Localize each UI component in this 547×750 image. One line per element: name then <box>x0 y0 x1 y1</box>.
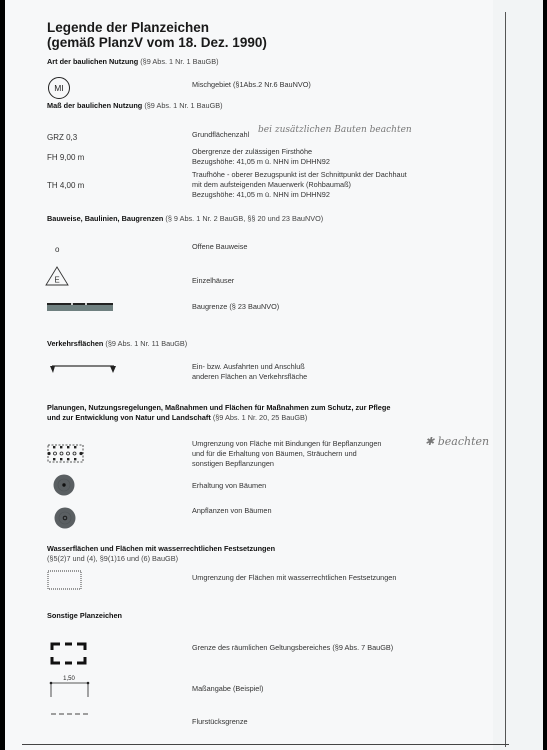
legend-desc-offene-bauweise: Offene Bauweise <box>192 242 247 252</box>
baugrenze-line-icon <box>47 302 117 312</box>
title-line-1: Legende der Planzeichen <box>47 20 267 35</box>
section-heading-art: Art der baulichen Nutzung (§9 Abs. 1 Nr.… <box>47 57 219 67</box>
legend-desc-erhaltung-baeume: Erhaltung von Bäumen <box>192 481 266 491</box>
svg-text:1,50: 1,50 <box>63 676 75 682</box>
dimension-icon: 1,50 <box>48 673 94 699</box>
section-heading-verkehr: Verkehrsflächen (§9 Abs. 1 Nr. 11 BauGB) <box>47 339 187 349</box>
frame-border-bottom <box>22 744 509 745</box>
section-heading-mass: Maß der baulichen Nutzung (§9 Abs. 1 Nr.… <box>47 101 223 111</box>
water-boundary-icon <box>46 569 84 591</box>
section-heading-sonstige: Sonstige Planzeichen <box>47 611 122 621</box>
document-title: Legende der Planzeichen (gemäß PlanzV vo… <box>47 20 267 50</box>
tree-preserve-icon <box>53 474 75 496</box>
legend-desc-einzelhaeuser: Einzelhäuser <box>192 276 234 286</box>
title-line-2: (gemäß PlanzV vom 18. Dez. 1990) <box>47 35 267 50</box>
einzelhaus-triangle-icon: E <box>44 265 70 287</box>
legend-desc-bepflanzung: Umgrenzung von Fläche mit Bindungen für … <box>192 439 381 469</box>
planting-boundary-icon <box>46 444 86 464</box>
handwritten-note-beachten: ✱ beachten <box>425 435 489 448</box>
legend-symbol-fh: FH 9,00 m <box>47 153 84 162</box>
frame-border-right <box>505 12 506 747</box>
section-heading-wasser: Wasserflächen und Flächen mit wasserrech… <box>47 544 275 564</box>
legend-desc-geltungsbereich: Grenze des räumlichen Geltungsbereiches … <box>192 643 393 653</box>
scope-boundary-icon <box>50 641 90 667</box>
legend-desc-zufahrt: Ein- bzw. Ausfahrten und Anschluß andere… <box>192 362 307 382</box>
legend-desc-baugrenze: Baugrenze (§ 23 BauNVO) <box>192 302 279 312</box>
legend-desc-massangabe: Maßangabe (Beispiel) <box>192 684 263 694</box>
open-building-symbol-icon: o <box>55 245 59 254</box>
legend-desc-mischgebiet: Mischgebiet (§1Abs.2 Nr.6 BauNVO) <box>192 80 311 90</box>
tree-plant-icon <box>54 507 76 529</box>
legend-desc-anpflanzen-baeume: Anpflanzen von Bäumen <box>192 506 272 516</box>
page-margin-strip <box>493 0 543 750</box>
legend-desc-grz: Grundflächenzahl <box>192 130 249 140</box>
parcel-boundary-icon <box>50 711 90 717</box>
legend-desc-fh: Obergrenze der zulässigen Firsthöhe Bezu… <box>192 147 330 167</box>
section-heading-natur: Planungen, Nutzungsregelungen, Maßnahmen… <box>47 403 390 423</box>
legend-symbol-grz: GRZ 0,3 <box>47 133 77 142</box>
legend-symbol-th: TH 4,00 m <box>47 181 84 190</box>
access-line-icon <box>50 363 120 379</box>
legend-desc-wasser: Umgrenzung der Flächen mit wasserrechtli… <box>192 573 396 583</box>
legend-desc-th: Traufhöhe - oberer Bezugspunkt ist der S… <box>192 170 407 200</box>
mischgebiet-symbol-icon: MI <box>48 77 70 99</box>
handwritten-note-grz: bei zusätzlichen Bauten beachten <box>258 125 412 135</box>
svg-text:E: E <box>54 276 59 285</box>
legend-desc-flurstuecksgrenze: Flurstücksgrenze <box>192 717 248 727</box>
section-heading-bauweise: Bauweise, Baulinien, Baugrenzen (§ 9 Abs… <box>47 214 323 224</box>
